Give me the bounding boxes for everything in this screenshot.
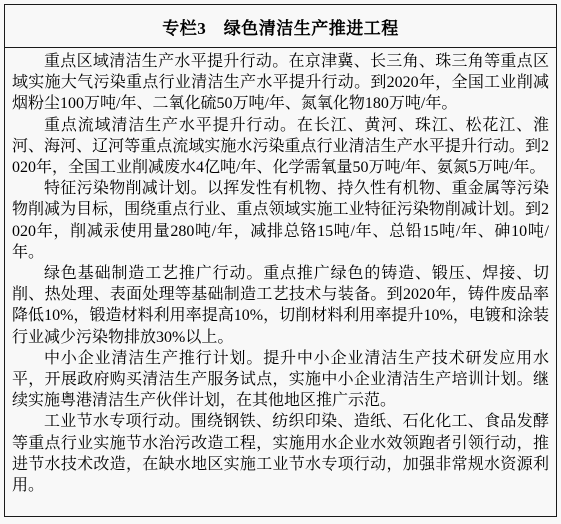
paragraph-green-manufacturing-action: 绿色基础制造工艺推广行动。重点推广绿色的铸造、锻压、焊接、切削、热处理、表面处理…: [12, 263, 549, 348]
paragraph-industrial-water-saving-action: 工业节水专项行动。围绕钢铁、纺织印染、造纸、石化化工、食品发酵等重点行业实施节水…: [12, 411, 549, 496]
panel-title: 专栏3 绿色清洁生产推进工程: [5, 5, 556, 48]
paragraph-sme-clean-production-plan: 中小企业清洁生产推行计划。提升中小企业清洁生产技术研发应用水平，开展政府购买清洁…: [12, 348, 549, 412]
column-panel: 专栏3 绿色清洁生产推进工程 重点区域清洁生产水平提升行动。在京津冀、长三角、珠…: [4, 4, 557, 517]
paragraph-key-region-action: 重点区域清洁生产水平提升行动。在京津冀、长三角、珠三角等重点区域实施大气污染重点…: [12, 51, 549, 115]
paragraph-key-basin-action: 重点流域清洁生产水平提升行动。在长江、黄河、珠江、松花江、淮河、海河、辽河等重点…: [12, 115, 549, 179]
panel-body: 重点区域清洁生产水平提升行动。在京津冀、长三角、珠三角等重点区域实施大气污染重点…: [5, 48, 556, 514]
paragraph-pollutant-reduction-plan: 特征污染物削减计划。以挥发性有机物、持久性有机物、重金属等污染物削减为目标，围绕…: [12, 178, 549, 263]
